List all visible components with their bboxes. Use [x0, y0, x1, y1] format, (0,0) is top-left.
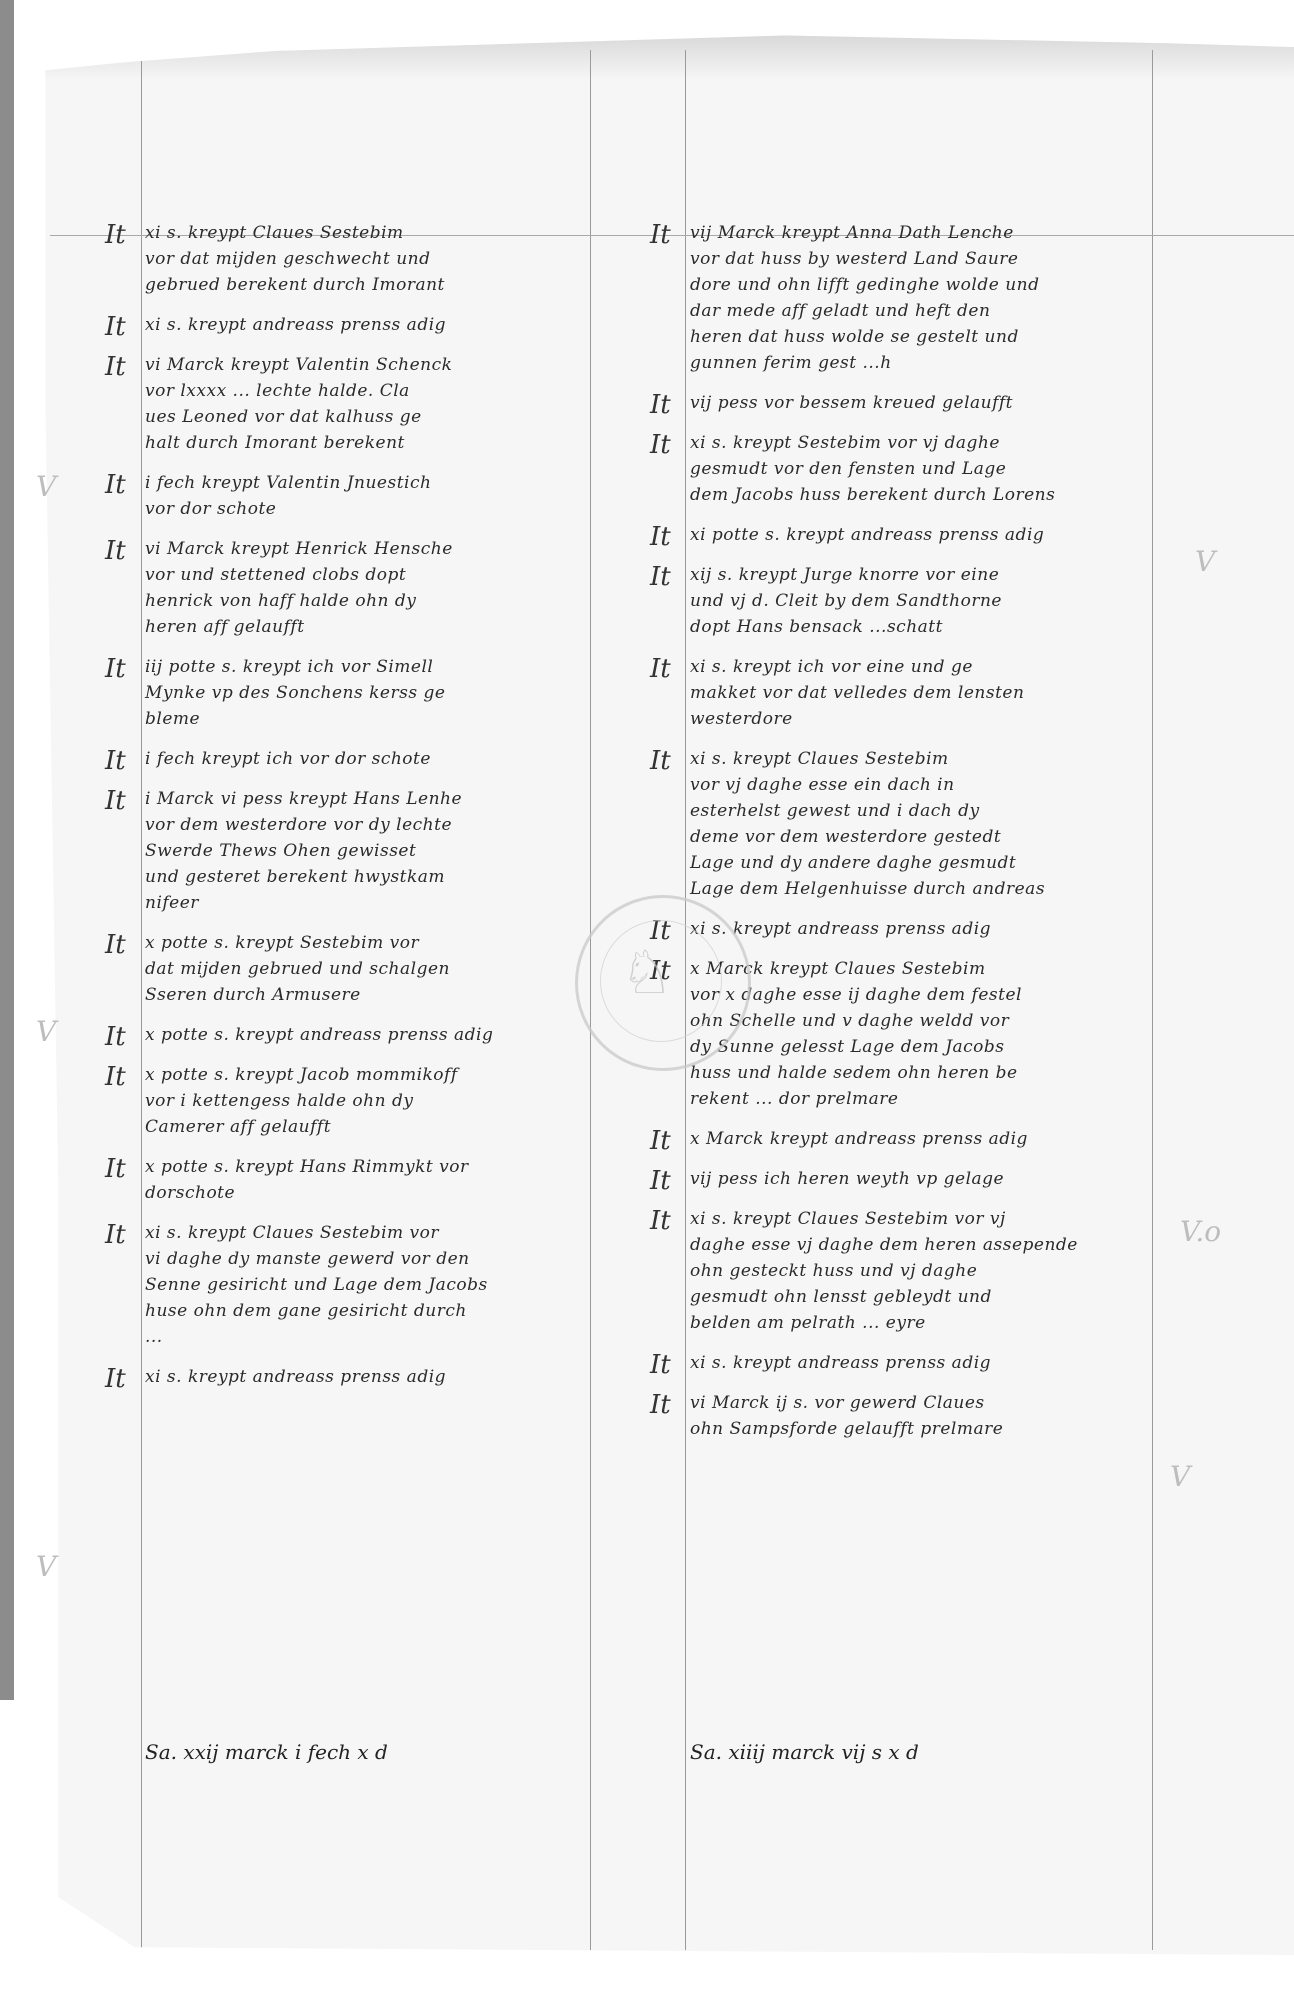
item-mark: It: [650, 220, 671, 250]
entry-line: ohn gesteckt huss und vj daghe: [690, 1258, 1180, 1284]
item-mark: It: [650, 430, 671, 460]
entry-line: vor x daghe esse ij daghe dem festel: [690, 982, 1180, 1008]
ledger-entry: Iti fech kreypt Valentin Jnuestichvor do…: [145, 470, 625, 522]
entry-line: dy Sunne gelesst Lage dem Jacobs: [690, 1034, 1180, 1060]
entry-line: xi s. kreypt andreass prenss adig: [690, 1350, 1180, 1376]
item-mark: It: [650, 746, 671, 776]
entry-line: vor dat mijden geschwecht und: [145, 246, 625, 272]
left-column: Itxi s. kreypt Claues Sestebimvor dat mi…: [145, 220, 625, 1404]
ledger-entry: Itxi s. kreypt andreass prenss adig: [690, 916, 1180, 942]
entry-line: deme vor dem westerdore gestedt: [690, 824, 1180, 850]
entry-line: xi s. kreypt andreass prenss adig: [690, 916, 1180, 942]
entry-line: westerdore: [690, 706, 1180, 732]
ledger-entry: Itvi Marck ij s. vor gewerd Clauesohn Sa…: [690, 1390, 1180, 1442]
ledger-entry: Itiij potte s. kreypt ich vor SimellMynk…: [145, 654, 625, 732]
entry-line: ...: [145, 1324, 625, 1350]
entry-line: halt durch Imorant berekent: [145, 430, 625, 456]
margin-check-mark: V: [36, 1550, 56, 1583]
entry-line: und gesteret berekent hwystkam: [145, 864, 625, 890]
entry-line: x potte s. kreypt andreass prenss adig: [145, 1022, 625, 1048]
ledger-entry: Itxi s. kreypt Claues Sestebim vor vjdag…: [690, 1206, 1180, 1336]
entry-line: x Marck kreypt andreass prenss adig: [690, 1126, 1180, 1152]
entry-line: gebrued berekent durch Imorant: [145, 272, 625, 298]
entry-line: dore und ohn lifft gedinghe wolde und: [690, 272, 1180, 298]
item-mark: It: [650, 562, 671, 592]
entry-line: ohn Sampsforde gelaufft prelmare: [690, 1416, 1180, 1442]
entry-line: huse ohn dem gane gesiricht durch: [145, 1298, 625, 1324]
ledger-entry: Itxi s. kreypt Claues Sestebimvor vj dag…: [690, 746, 1180, 902]
item-mark: It: [105, 1220, 126, 1250]
entry-line: vij Marck kreypt Anna Dath Lenche: [690, 220, 1180, 246]
entry-line: vor und stettened clobs dopt: [145, 562, 625, 588]
margin-check-mark: V: [36, 1015, 56, 1048]
item-mark: It: [105, 536, 126, 566]
entry-line: vor vj daghe esse ein dach in: [690, 772, 1180, 798]
ledger-entry: Itxi s. kreypt andreass prenss adig: [690, 1350, 1180, 1376]
entry-line: vi daghe dy manste gewerd vor den: [145, 1246, 625, 1272]
entry-line: Camerer aff gelaufft: [145, 1114, 625, 1140]
entry-line: makket vor dat velledes dem lensten: [690, 680, 1180, 706]
entry-line: xi s. kreypt andreass prenss adig: [145, 1364, 625, 1390]
ledger-entry: Itx potte s. kreypt andreass prenss adig: [145, 1022, 625, 1048]
entry-line: Sseren durch Armusere: [145, 982, 625, 1008]
margin-check-mark: V.o: [1180, 1215, 1221, 1248]
entry-line: xi s. kreypt Claues Sestebim: [690, 746, 1180, 772]
entry-line: dorschote: [145, 1180, 625, 1206]
margin-check-mark: V: [36, 470, 56, 503]
entry-line: bleme: [145, 706, 625, 732]
ledger-entry: Itxi s. kreypt andreass prenss adig: [145, 1364, 625, 1390]
entry-line: gesmudt vor den fensten und Lage: [690, 456, 1180, 482]
item-mark: It: [105, 930, 126, 960]
entry-line: esterhelst gewest und i dach dy: [690, 798, 1180, 824]
item-mark: It: [105, 470, 126, 500]
ruling-line-left: [141, 50, 142, 1950]
item-mark: It: [105, 312, 126, 342]
ledger-entry: Itx Marck kreypt andreass prenss adig: [690, 1126, 1180, 1152]
ledger-entry: Itx potte s. kreypt Hans Rimmykt vordors…: [145, 1154, 625, 1206]
item-mark: It: [650, 1166, 671, 1196]
ledger-entry: Itxi s. kreypt andreass prenss adig: [145, 312, 625, 338]
ledger-entry: Itxij s. kreypt Jurge knorre vor eineund…: [690, 562, 1180, 640]
entry-line: x potte s. kreypt Sestebim vor: [145, 930, 625, 956]
item-mark: It: [650, 390, 671, 420]
entry-line: Lage dem Helgenhuisse durch andreas: [690, 876, 1180, 902]
seal-stamp-lion-icon: ♘: [575, 895, 751, 1071]
item-mark: It: [105, 1022, 126, 1052]
entry-line: i Marck vi pess kreypt Hans Lenhe: [145, 786, 625, 812]
entry-line: huss und halde sedem ohn heren be: [690, 1060, 1180, 1086]
entry-line: xi s. kreypt Claues Sestebim vor vj: [690, 1206, 1180, 1232]
item-mark: It: [105, 352, 126, 382]
ledger-entry: Itx potte s. kreypt Sestebim vordat mijd…: [145, 930, 625, 1008]
item-mark: It: [650, 1350, 671, 1380]
ledger-entry: Itvi Marck kreypt Henrick Henschevor und…: [145, 536, 625, 640]
entry-line: heren aff gelaufft: [145, 614, 625, 640]
item-mark: It: [650, 1126, 671, 1156]
entry-line: Lage und dy andere daghe gesmudt: [690, 850, 1180, 876]
margin-check-mark: V: [1170, 1460, 1190, 1493]
entry-line: Senne gesiricht und Lage dem Jacobs: [145, 1272, 625, 1298]
entry-line: henrick von haff halde ohn dy: [145, 588, 625, 614]
margin-check-mark: V: [1195, 545, 1215, 578]
entry-line: Swerde Thews Ohen gewisset: [145, 838, 625, 864]
ledger-entry: Itvi Marck kreypt Valentin Schenckvor lx…: [145, 352, 625, 456]
item-mark: It: [650, 1206, 671, 1236]
entry-line: belden am pelrath ... eyre: [690, 1310, 1180, 1336]
ledger-entry: Itxi s. kreypt Claues Sestebim vorvi dag…: [145, 1220, 625, 1350]
ledger-entry: Itxi potte s. kreypt andreass prenss adi…: [690, 522, 1180, 548]
entry-line: xi s. kreypt Claues Sestebim: [145, 220, 625, 246]
scanner-edge-strip: [0, 0, 14, 1700]
entry-line: vi Marck kreypt Valentin Schenck: [145, 352, 625, 378]
ledger-entry: Itvij pess vor bessem kreued gelaufft: [690, 390, 1180, 416]
ledger-entry: Itx potte s. kreypt Jacob mommikoffvor i…: [145, 1062, 625, 1140]
ledger-entry: Itxi s. kreypt ich vor eine und gemakket…: [690, 654, 1180, 732]
entry-line: vij pess vor bessem kreued gelaufft: [690, 390, 1180, 416]
item-mark: It: [105, 654, 126, 684]
entry-line: nifeer: [145, 890, 625, 916]
item-mark: It: [105, 1062, 126, 1092]
ledger-entry: Iti fech kreypt ich vor dor schote: [145, 746, 625, 772]
lion-icon: ♘: [620, 938, 674, 1008]
entry-line: xij s. kreypt Jurge knorre vor eine: [690, 562, 1180, 588]
entry-line: daghe esse vj daghe dem heren assepende: [690, 1232, 1180, 1258]
ledger-entry: Itvij Marck kreypt Anna Dath Lenchevor d…: [690, 220, 1180, 376]
item-mark: It: [105, 1364, 126, 1394]
item-mark: It: [105, 746, 126, 776]
entry-line: vor i kettengess halde ohn dy: [145, 1088, 625, 1114]
item-mark: It: [650, 1390, 671, 1420]
entry-line: x potte s. kreypt Jacob mommikoff: [145, 1062, 625, 1088]
entry-line: ues Leoned vor dat kalhuss ge: [145, 404, 625, 430]
item-mark: It: [105, 786, 126, 816]
entry-line: xi potte s. kreypt andreass prenss adig: [690, 522, 1180, 548]
entry-line: xi s. kreypt Sestebim vor vj daghe: [690, 430, 1180, 456]
entry-line: xi s. kreypt andreass prenss adig: [145, 312, 625, 338]
entry-line: i fech kreypt ich vor dor schote: [145, 746, 625, 772]
entry-line: iij potte s. kreypt ich vor Simell: [145, 654, 625, 680]
entry-line: x Marck kreypt Claues Sestebim: [690, 956, 1180, 982]
entry-line: ohn Schelle und v daghe weldd vor: [690, 1008, 1180, 1034]
entry-line: vor dem westerdore vor dy lechte: [145, 812, 625, 838]
entry-line: rekent ... dor prelmare: [690, 1086, 1180, 1112]
left-column-total: Sa. xxij marck i fech x d: [145, 1740, 388, 1764]
entry-line: und vj d. Cleit by dem Sandthorne: [690, 588, 1180, 614]
entry-line: vi Marck kreypt Henrick Hensche: [145, 536, 625, 562]
entry-line: vi Marck ij s. vor gewerd Claues: [690, 1390, 1180, 1416]
item-mark: It: [105, 1154, 126, 1184]
page-top-stain: [20, 20, 1294, 80]
item-mark: It: [650, 522, 671, 552]
entry-line: gesmudt ohn lensst gebleydt und: [690, 1284, 1180, 1310]
right-column: Itvij Marck kreypt Anna Dath Lenchevor d…: [690, 220, 1180, 1456]
ledger-entry: Iti Marck vi pess kreypt Hans Lenhevor d…: [145, 786, 625, 916]
item-mark: It: [650, 654, 671, 684]
entry-line: dem Jacobs huss berekent durch Lorens: [690, 482, 1180, 508]
ledger-entry: Itvij pess ich heren weyth vp gelage: [690, 1166, 1180, 1192]
entry-line: heren dat huss wolde se gestelt und: [690, 324, 1180, 350]
ledger-entry: Itxi s. kreypt Sestebim vor vj daghegesm…: [690, 430, 1180, 508]
entry-line: vor dor schote: [145, 496, 625, 522]
entry-line: dopt Hans bensack ...schatt: [690, 614, 1180, 640]
entry-line: dat mijden gebrued und schalgen: [145, 956, 625, 982]
ledger-entry: Itxi s. kreypt Claues Sestebimvor dat mi…: [145, 220, 625, 298]
entry-line: gunnen ferim gest ...h: [690, 350, 1180, 376]
entry-line: i fech kreypt Valentin Jnuestich: [145, 470, 625, 496]
entry-line: x potte s. kreypt Hans Rimmykt vor: [145, 1154, 625, 1180]
right-column-total: Sa. xiiij marck vij s x d: [690, 1740, 919, 1764]
entry-line: vor lxxxx ... lechte halde. Cla: [145, 378, 625, 404]
entry-line: Mynke vp des Sonchens kerss ge: [145, 680, 625, 706]
ledger-entry: Itx Marck kreypt Claues Sestebimvor x da…: [690, 956, 1180, 1112]
entry-line: xi s. kreypt Claues Sestebim vor: [145, 1220, 625, 1246]
item-mark: It: [105, 220, 126, 250]
entry-line: dar mede aff geladt und heft den: [690, 298, 1180, 324]
entry-line: vij pess ich heren weyth vp gelage: [690, 1166, 1180, 1192]
entry-line: vor dat huss by westerd Land Saure: [690, 246, 1180, 272]
entry-line: xi s. kreypt ich vor eine und ge: [690, 654, 1180, 680]
